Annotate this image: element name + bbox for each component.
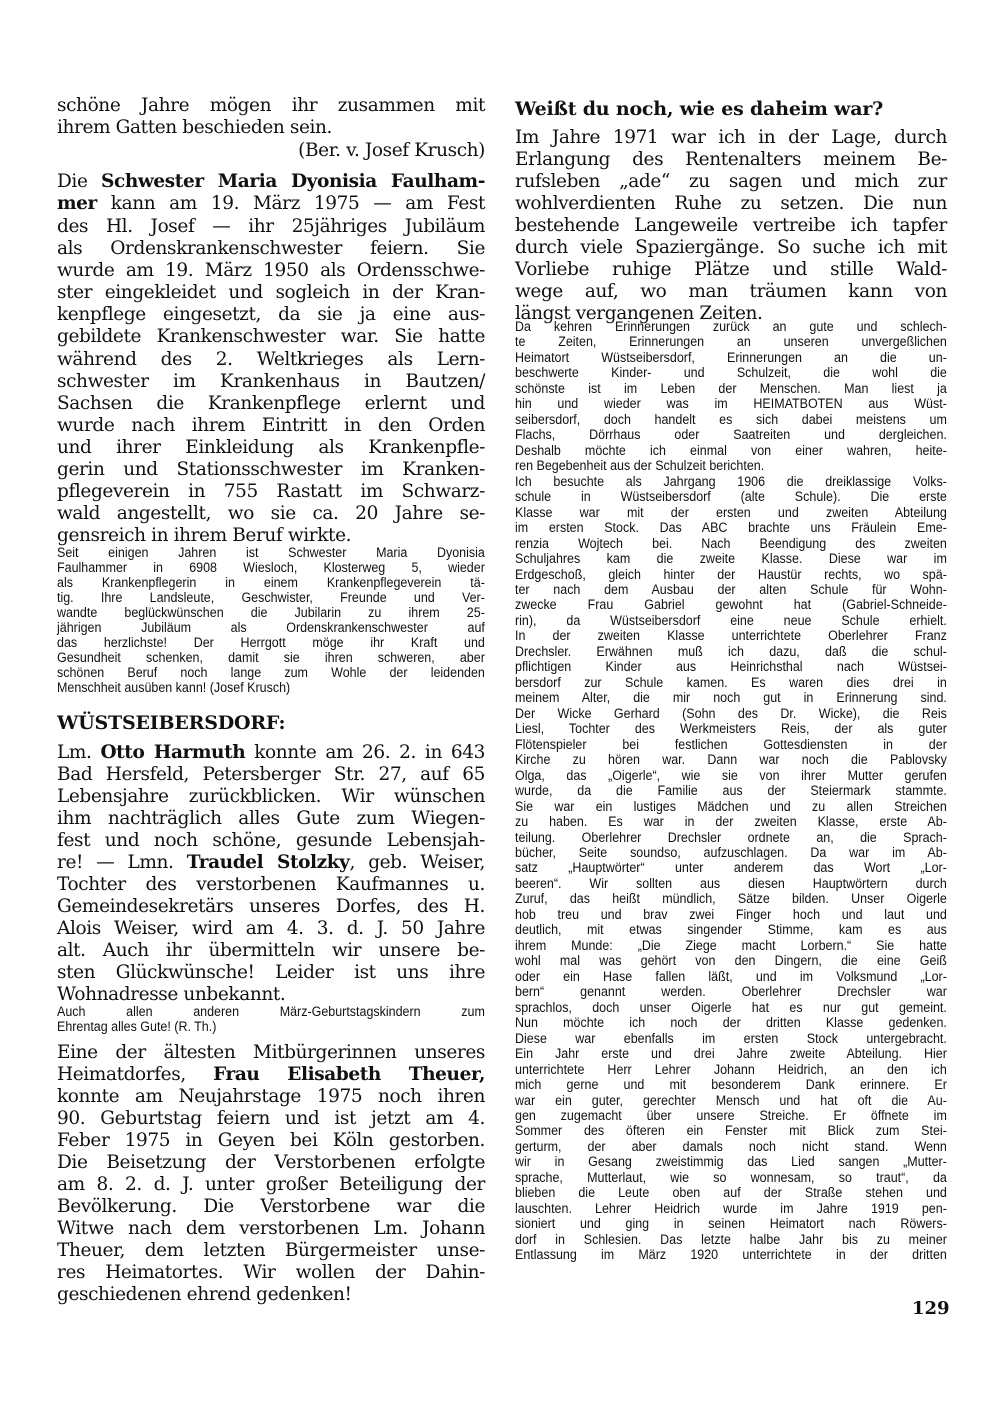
person-name: mer bbox=[57, 193, 97, 214]
text-line: Vorliebe ruhige Plätze und stille Wald- bbox=[515, 259, 947, 281]
text-line: Bevölkerung. Die Verstorbene war die bbox=[57, 1196, 485, 1218]
text-line: zu haben. Es war in der zweiten Klasse, … bbox=[515, 815, 947, 831]
text-line: blieben die Leute oben auf der Straße st… bbox=[515, 1186, 947, 1202]
text-line: Nun möchte ich noch der dritten Klasse g… bbox=[515, 1016, 947, 1032]
text-line: sprache, Mutterlaut, wie so wonnesam, so… bbox=[515, 1171, 947, 1187]
text-line: Ehrentag alles Gute! (R. Th.) bbox=[57, 1020, 485, 1036]
text-line: im ersten Stock. Das ABC brachte uns Frä… bbox=[515, 521, 947, 537]
text-line: Flötenspieler bei festlichen Gottesdiens… bbox=[515, 738, 947, 754]
text-line: fest und noch schöne, gesunde Lebensjah- bbox=[57, 830, 485, 852]
text-line: ihrem Gatten beschieden sein. bbox=[57, 117, 485, 139]
text-line: Zuruf, das heißt mündlich, Sätze bilden.… bbox=[515, 892, 947, 908]
text-line: gerin und Stationsschwester im Kranken- bbox=[57, 459, 485, 481]
text-line: gerturm, der aber damals noch nicht stan… bbox=[515, 1140, 947, 1156]
text-line: wurde, da die Familie aus der Steiermark… bbox=[515, 784, 947, 800]
text-line: Erlangung des Rentenalters meinem Be- bbox=[515, 149, 947, 171]
text-line: wohlverdienten Ruhe zu setzen. Die nun bbox=[515, 193, 947, 215]
text-line: Gemeindesekretärs unseres Dorfes, des H. bbox=[57, 896, 485, 918]
text-line: Heimatort Wüstseibersdorf, Erinnerungen … bbox=[515, 351, 947, 367]
page-number: 129 bbox=[912, 1298, 950, 1319]
text-line: bücher, Seite soundso, aufzuschlagen. Da… bbox=[515, 846, 947, 862]
text-line: und ihrer Einkleidung als Krankenpfle- bbox=[57, 437, 485, 459]
text-line: am 8. 2. d. J. unter großer Beteiligung … bbox=[57, 1174, 485, 1196]
text-line: war ein guter, gerechter Mensch und hat … bbox=[515, 1094, 947, 1110]
text-line: sten Glückwünsche! Leider ist uns ihre bbox=[57, 962, 485, 984]
text-line: pflichtigen Kinder aus Heinrichsthal nac… bbox=[515, 660, 947, 676]
text-line: rin), da Wüstseibersdorf eine neue Schul… bbox=[515, 614, 947, 630]
text-line: Schuljahres kam die zweite Klasse. Diese… bbox=[515, 552, 947, 568]
text-line: Klasse war mit der ersten und zweiten Ab… bbox=[515, 506, 947, 522]
text-line: unterrichtete Herr Lehrer Johann Heidric… bbox=[515, 1063, 947, 1079]
text-line: Die Schwester Maria Dyonisia Faulham- bbox=[57, 171, 485, 193]
text-line: Tochter des verstorbenen Kaufmannes u. bbox=[57, 874, 485, 896]
text-line: Ich besuchte als Jahrgang 1906 die dreik… bbox=[515, 475, 947, 491]
text-line: während des 2. Weltkrieges als Lern- bbox=[57, 349, 485, 371]
text-line: als Ordenskrankenschwester feiern. Sie bbox=[57, 238, 485, 260]
text-line: des Hl. Josef — ihr 25jähriges Jubiläum bbox=[57, 216, 485, 238]
text-line: geschiedenen ehrend gedenken! bbox=[57, 1284, 485, 1306]
text-line: sprachlos, doch unser Oigerle hat es nur… bbox=[515, 1001, 947, 1017]
text-line: Witwe nach dem verstorbenen Lm. Johann bbox=[57, 1218, 485, 1240]
text-line: re! — Lmn. Traudel Stolzky, geb. Weiser, bbox=[57, 852, 485, 874]
text-line: ren Begebenheit aus der Schulzeit berich… bbox=[515, 459, 947, 475]
text-line: Heimatdorfes, Frau Elisabeth Theuer, bbox=[57, 1064, 485, 1086]
text-line: sioniert und ging in seinen Heimatort na… bbox=[515, 1217, 947, 1233]
text-line: Liesl, Tochter des Werkmeisters Reis, de… bbox=[515, 722, 947, 738]
text-line: schwester im Krankenhaus in Bautzen/ bbox=[57, 371, 485, 393]
text-line: Eine der ältesten Mitbürgerinnen unseres bbox=[57, 1042, 485, 1064]
text-line: Drechsler. Erwähnen muß ich dazu, daß di… bbox=[515, 645, 947, 661]
text-line: Alois Weiser, wird am 4. 3. d. J. 50 Jah… bbox=[57, 918, 485, 940]
text-line: schule in Wüstseibersdorf (alte Schule).… bbox=[515, 490, 947, 506]
text-line: Entlassung im März 1920 unterrichtete in… bbox=[515, 1248, 947, 1264]
person-name: Traudel Stolzky bbox=[187, 852, 350, 873]
text-line: hob treu und brav zwei Finger hoch und l… bbox=[515, 908, 947, 924]
text-line: gen zugemacht über unsere Streiche. Er ö… bbox=[515, 1109, 947, 1125]
person-name: Frau Elisabeth Theuer bbox=[213, 1064, 479, 1085]
text-line: Theuer, dem letzten Bürgermeister unse- bbox=[57, 1240, 485, 1262]
text-line: In der zweiten Klasse unterrichtete Ober… bbox=[515, 629, 947, 645]
text-line: ster eingekleidet und sogleich in der Kr… bbox=[57, 282, 485, 304]
text-line: wir in Gesang zweistimmig das Lied sange… bbox=[515, 1155, 947, 1171]
text-line: Im Jahre 1971 war ich in der Lage, durch bbox=[515, 127, 947, 149]
text-line: alt. Auch ihr übermitteln wir unsere be- bbox=[57, 940, 485, 962]
text-line: seibersdorf, doch handelt es sich dabei … bbox=[515, 413, 947, 429]
text-line: satz „Hauptwörter“ unter anderem das Wor… bbox=[515, 861, 947, 877]
section-heading: WÜSTSEIBERSDORF: bbox=[57, 712, 485, 734]
text-line: Wohnadresse unbekannt. bbox=[57, 984, 485, 1006]
text-line: renzia Wojtech bei. Nach Beendigung des … bbox=[515, 537, 947, 553]
text-line: gensreich in ihrem Beruf wirkte. bbox=[57, 525, 485, 547]
text-line: wurde nach ihrem Eintritt in den Orden bbox=[57, 415, 485, 437]
text-line: schönste ist im Leben der Menschen. Man … bbox=[515, 382, 947, 398]
text-line: Erdgeschoß, gleich hinter der Haustür re… bbox=[515, 568, 947, 584]
text-line: kenpflege eingesetzt, da sie ja eine aus… bbox=[57, 304, 485, 326]
text-line: Der Wicke Gerhard (Sohn des Dr. Wicke), … bbox=[515, 707, 947, 723]
text-line: dorf in Schlesien. Das letzte halbe Jahr… bbox=[515, 1233, 947, 1249]
text-line: te Zeiten, Erinnerungen an unseren unver… bbox=[515, 335, 947, 351]
text-line: Feber 1975 in Geyen bei Köln gestorben. bbox=[57, 1130, 485, 1152]
text-line: Kirche zu hören war. Dann war noch die P… bbox=[515, 753, 947, 769]
author-signature: (Ber. v. Josef Krusch) bbox=[57, 140, 485, 162]
text-line: Sachsen die Krankenpflege erlernt und bbox=[57, 393, 485, 415]
text-line: Sommer des öfteren ein Fenster mit Blick… bbox=[515, 1124, 947, 1140]
text-line: Die Beisetzung der Verstorbenen erfolgte bbox=[57, 1152, 485, 1174]
text-line: bestehende Langeweile vertreibe ich tapf… bbox=[515, 215, 947, 237]
text-line: hin und wieder was im HEIMATBOTEN aus Wü… bbox=[515, 397, 947, 413]
text-line: bern“ genannt werden. Oberlehrer Drechsl… bbox=[515, 985, 947, 1001]
text-line: Lebensjahre zurückblicken. Wir wünschen bbox=[57, 786, 485, 808]
text-line: mer kann am 19. März 1975 — am Fest bbox=[57, 193, 485, 215]
text-line: 90. Geburtstag feiern und ist jetzt am 4… bbox=[57, 1108, 485, 1130]
text-line: beeren“. Wir sollten aus diesen Hauptwör… bbox=[515, 877, 947, 893]
text-line: ter nach dem Ausbau der alten Schule für… bbox=[515, 583, 947, 599]
article-title: Weißt du noch, wie es daheim war? bbox=[515, 98, 947, 120]
text-line: konnte am Neujahrstage 1975 noch ihren bbox=[57, 1086, 485, 1108]
text-line: deutlich, mit etwas singender Stimme, ka… bbox=[515, 923, 947, 939]
text-line: Da kehren Erinnerungen zurück an gute un… bbox=[515, 320, 947, 336]
text-line: ihm nachträglich alles Gute zum Wiegen- bbox=[57, 808, 485, 830]
text-line: mich gerne und mit besonderem Dank erinn… bbox=[515, 1078, 947, 1094]
text-line: ihrem Munde: „Die Ziege macht Lorbern.“ … bbox=[515, 939, 947, 955]
text-line: pflegeverein in 755 Rastatt im Schwarz- bbox=[57, 481, 485, 503]
text-line: beschwerte Kinder- und Schulzeit, die wo… bbox=[515, 366, 947, 382]
text-line: lauschten. Lehrer Heidrich wurde im Jahr… bbox=[515, 1202, 947, 1218]
text-line: wege auf, wo man träumen kann von bbox=[515, 281, 947, 303]
text-line: Bad Hersfeld, Petersberger Str. 27, auf … bbox=[57, 764, 485, 786]
text-line: Ein Jahr erste und drei Jahre zweite Abt… bbox=[515, 1047, 947, 1063]
person-name: Schwester Maria Dyonisia Faulham- bbox=[101, 171, 485, 192]
text-line: Sie war ein lustiges Mädchen und zu alle… bbox=[515, 800, 947, 816]
text-line: wohl mal was gehört von den Dingern, die… bbox=[515, 954, 947, 970]
text-line: wald angestellt, wo sie ca. 20 Jahre se- bbox=[57, 503, 485, 525]
person-name: Otto Harmuth bbox=[100, 742, 245, 763]
text-line: Olga, das „Oigerle“, wie sie von ihrer M… bbox=[515, 769, 947, 785]
text-line: Deshalb möchte ich einmal von einer wahr… bbox=[515, 444, 947, 460]
text-line: teilung. Oberlehrer Drechsler ordnete an… bbox=[515, 831, 947, 847]
text-line: durch viele Spaziergänge. So suche ich m… bbox=[515, 237, 947, 259]
text-line: schöne Jahre mögen ihr zusammen mit bbox=[57, 95, 485, 117]
text-line: oder ein Hase fallen läßt, und im Volksm… bbox=[515, 970, 947, 986]
text-line: Flachs, Dörrhaus oder Saatreiten und der… bbox=[515, 428, 947, 444]
text-line: meinem Alter, die mir noch gut in Erinne… bbox=[515, 691, 947, 707]
text-line: Menschheit ausüben kann! (Josef Krusch) bbox=[57, 681, 485, 697]
text-line: gebildete Krankenschwester war. Sie hatt… bbox=[57, 326, 485, 348]
text-line: bersdorf zur Schule kamen. Es waren dies… bbox=[515, 676, 947, 692]
text-line: res Heimatortes. Wir wollen der Dahin- bbox=[57, 1262, 485, 1284]
text-line: wurde am 19. März 1950 als Ordensschwe- bbox=[57, 260, 485, 282]
text-line: rufsleben „ade“ zu sagen und mich zur bbox=[515, 171, 947, 193]
text-line: Diese war ebenfalls im ersten Stock unte… bbox=[515, 1032, 947, 1048]
text-line: Lm. Otto Harmuth konnte am 26. 2. in 643 bbox=[57, 742, 485, 764]
text-line: zwecke Frau Gabriel gewohnt hat (Gabriel… bbox=[515, 598, 947, 614]
